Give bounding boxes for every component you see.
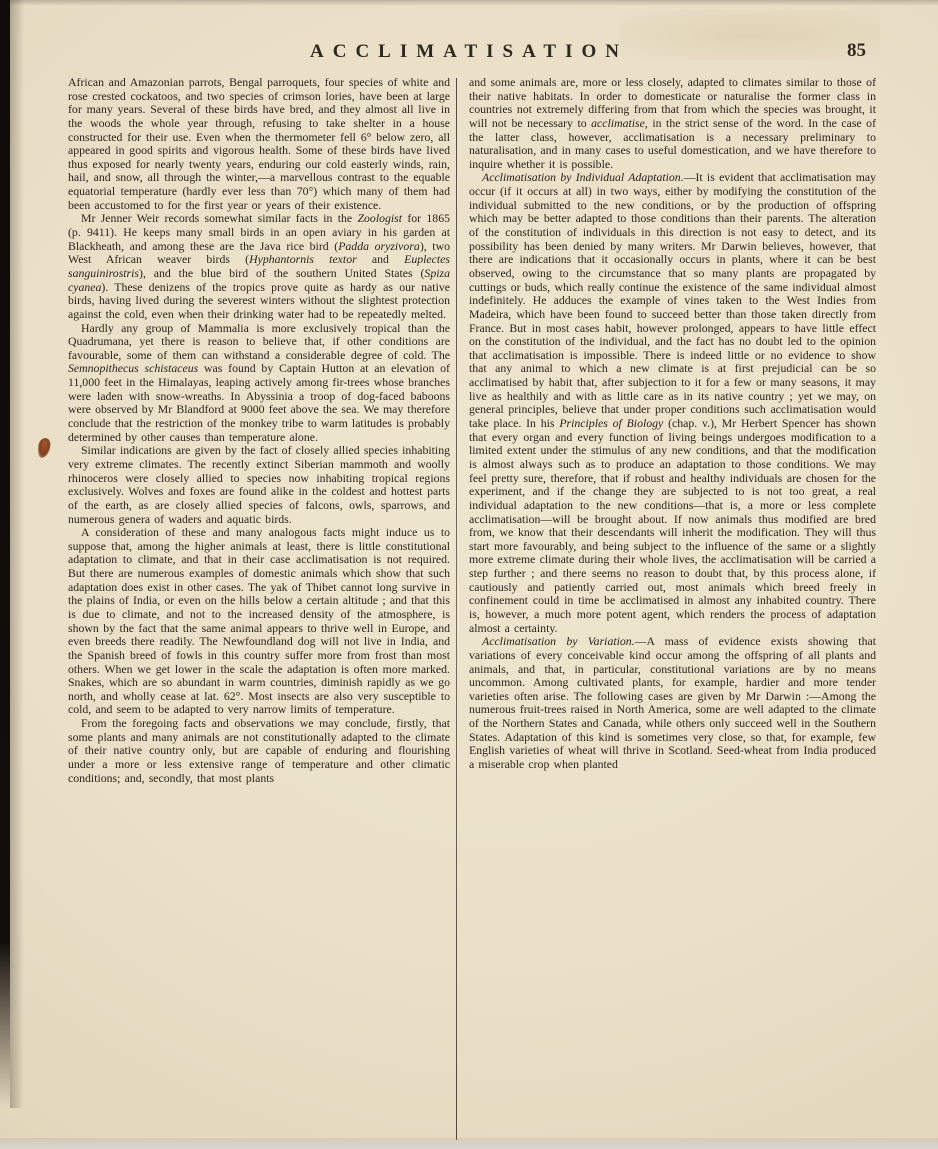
scan-edge-bottom — [0, 1138, 938, 1149]
body-text: —A mass of evidence exists showing that … — [469, 634, 876, 771]
italic-text: Hyphantornis textor — [249, 252, 357, 266]
paragraph: and some animals are, more or less close… — [469, 76, 876, 171]
paragraph: Mr Jenner Weir records somewhat similar … — [68, 212, 450, 321]
body-text: Mr Jenner Weir records somewhat similar … — [81, 211, 357, 225]
scan-edge-left — [0, 0, 10, 1108]
body-text: From the foregoing facts and observation… — [68, 716, 450, 785]
page-number: 85 — [847, 40, 866, 62]
paragraph: A consideration of these and many analog… — [68, 526, 450, 717]
body-text: ), and the blue bird of the southern Uni… — [139, 266, 424, 280]
body-text: A consideration of these and many analog… — [68, 525, 450, 716]
italic-text: Acclimatisation by Variation. — [482, 634, 635, 648]
column-right: and some animals are, more or less close… — [469, 76, 876, 1144]
ink-blot-stain — [36, 437, 51, 459]
column-left: African and Amazonian parrots, Bengal pa… — [68, 76, 450, 1117]
body-text: African and Amazonian parrots, Bengal pa… — [68, 76, 450, 212]
paragraph: Hardly any group of Mammalia is more exc… — [68, 322, 450, 445]
column-divider-rule — [456, 78, 457, 1140]
paragraph: From the foregoing facts and observation… — [68, 717, 450, 785]
body-text: —It is evident that acclimatisation may … — [469, 170, 876, 430]
italic-text: Principles of Biology — [559, 416, 663, 430]
body-text: and — [357, 252, 404, 266]
italic-text: Zoologist — [357, 211, 402, 225]
scan-edge-left-shadow — [10, 0, 24, 1108]
body-text: Similar indications are given by the fac… — [68, 443, 450, 525]
italic-text: acclimatise — [591, 116, 645, 130]
italic-text: Semnopithecus schistaceus — [68, 361, 198, 375]
body-text: (chap. v.), Mr Herbert Spencer has shown… — [469, 416, 876, 635]
page-title: ACCLIMATISATION — [0, 41, 938, 63]
italic-text: Acclimatisation by Individual Adaptation… — [482, 170, 684, 184]
italic-text: Padda oryzivora — [338, 239, 420, 253]
paragraph: Similar indications are given by the fac… — [68, 444, 450, 526]
body-text: Hardly any group of Mammalia is more exc… — [68, 321, 450, 362]
scan-edge-top — [0, 0, 938, 6]
scanned-book-page: ACCLIMATISATION 85 African and Amazonian… — [0, 0, 938, 1149]
paragraph: Acclimatisation by Variation.—A mass of … — [469, 635, 876, 771]
body-text: ). These denizens of the tropics prove q… — [68, 280, 450, 321]
paragraph: Acclimatisation by Individual Adaptation… — [469, 171, 876, 635]
paragraph: African and Amazonian parrots, Bengal pa… — [68, 76, 450, 212]
